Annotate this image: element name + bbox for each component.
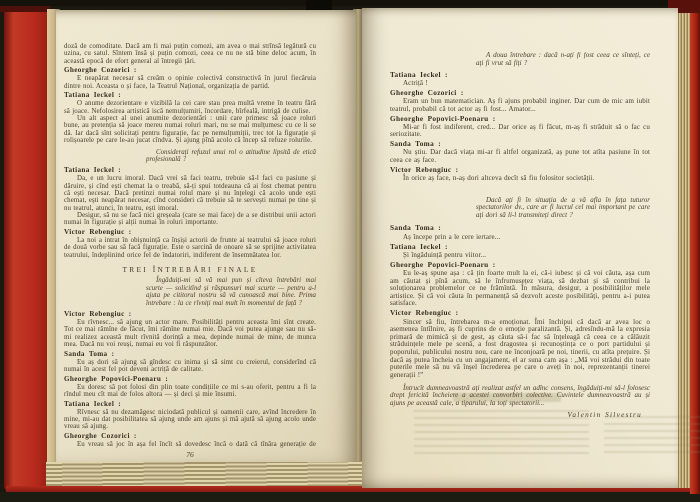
interview-paragraph: Eu le-aș spune așa : că țin foarte mult … bbox=[390, 270, 650, 308]
speaker-name: Sanda Toma : bbox=[390, 225, 650, 233]
left-page-text-column: doză de comoditate. Dacă am fi mai puțin… bbox=[64, 43, 316, 448]
interview-paragraph: Un alt aspect al unei anumite dezorientă… bbox=[64, 115, 316, 144]
speaker-name: Tatiana Ieckel : bbox=[64, 401, 316, 408]
interviewer-question: A doua întrebare : dacă n-ați fi fost ce… bbox=[476, 52, 650, 67]
interview-paragraph: doză de comoditate. Dacă am fi mai puțin… bbox=[64, 43, 316, 65]
author-signature: Valentin Silvestru bbox=[390, 412, 642, 420]
speaker-name: Gheorghe Cozorici : bbox=[64, 433, 316, 440]
speaker-name: Gheorghe Popovici-Poenaru : bbox=[64, 376, 316, 383]
interview-paragraph: O anume dezorientare e vizibilă la cei c… bbox=[64, 100, 316, 115]
book-scan: { "document_type": "scanned open book sp… bbox=[0, 0, 700, 502]
interviewer-question: Îngăduiți-mi să vă mai pun și cîteva înt… bbox=[146, 277, 316, 307]
speaker-name: Tatiana Ieckel : bbox=[64, 92, 316, 99]
right-page-text-column: A doua întrebare : dacă n-ați fi fost ce… bbox=[390, 52, 650, 480]
interview-paragraph: Nu știu. Dar dacă viața mi-ar fi altfel … bbox=[390, 149, 650, 164]
interview-paragraph: Eram un bun matematician. Aș fi ajuns pr… bbox=[390, 98, 650, 113]
interview-paragraph: Eu doresc să pot folosi din plin toate c… bbox=[64, 384, 316, 399]
speaker-name: Gheorghe Cozorici : bbox=[64, 67, 316, 74]
interview-paragraph: Sincer să fiu, întrebarea m-a emoționat.… bbox=[390, 319, 650, 380]
speaker-name: Victor Rebengiuc : bbox=[64, 229, 316, 236]
interview-paragraph: Eu aș dori să ajung să gîndesc cu inima … bbox=[64, 359, 316, 374]
interview-paragraph: Mi-ar fi fost indiferent, cred... Dar or… bbox=[390, 124, 650, 139]
speaker-name: Victor Rebengiuc : bbox=[390, 310, 650, 318]
speaker-name: Gheorghe Popovici-Poenaru : bbox=[390, 116, 650, 124]
interview-paragraph: Actriță ! bbox=[390, 80, 650, 88]
section-heading: TREI ÎNTREBĂRI FINALE bbox=[64, 266, 316, 273]
top-shadow-edge bbox=[0, 0, 700, 6]
interview-paragraph: Și îngăduință pentru viitor... bbox=[390, 252, 650, 260]
interview-paragraph: Desigur, să nu se facă nici greșeala (ca… bbox=[64, 212, 316, 227]
speaker-name: Victor Rebengiuc : bbox=[64, 311, 316, 318]
interview-paragraph: Aș începe prin a le cere iertare... bbox=[390, 234, 650, 242]
table-surface bbox=[0, 492, 700, 502]
interview-paragraph: În orice aș face, n-aș dori altceva decî… bbox=[390, 175, 650, 183]
interview-paragraph: Eu rîvnesc... să ajung un actor mare. Po… bbox=[64, 319, 316, 348]
interview-paragraph: Da, e un lucru imoral. Dacă vrei să faci… bbox=[64, 175, 316, 212]
interview-paragraph: Eu vreau să joc în așa fel încît să dove… bbox=[64, 441, 316, 448]
right-page: A doua întrebare : dacă n-ați fi fost ce… bbox=[362, 8, 678, 488]
interviewer-closing-note: Întrucît dumneavoastră ați realizat astf… bbox=[390, 385, 650, 408]
book-cover-left bbox=[4, 7, 47, 491]
interview-paragraph: E neapărat necesar să creăm o opinie col… bbox=[64, 75, 316, 90]
interviewer-question: Considerați refuzul unui rol o atitudine… bbox=[146, 149, 316, 164]
speaker-name: Tatiana Ieckel : bbox=[64, 167, 316, 174]
page-number: 76 bbox=[64, 450, 316, 459]
interview-paragraph: La noi a intrat în obișnuință ca înșiși … bbox=[64, 237, 316, 259]
speaker-name: Tatiana Ieckel : bbox=[390, 72, 650, 80]
interviewer-question: Dacă ați fi în situația de a vă afla în … bbox=[476, 197, 650, 220]
interview-paragraph: Rîvnesc să nu dezamăgesc niciodată publi… bbox=[64, 409, 316, 431]
left-page: doză de comoditate. Dacă am fi mai puțin… bbox=[56, 10, 356, 462]
speaker-name: Sanda Toma : bbox=[64, 351, 316, 358]
